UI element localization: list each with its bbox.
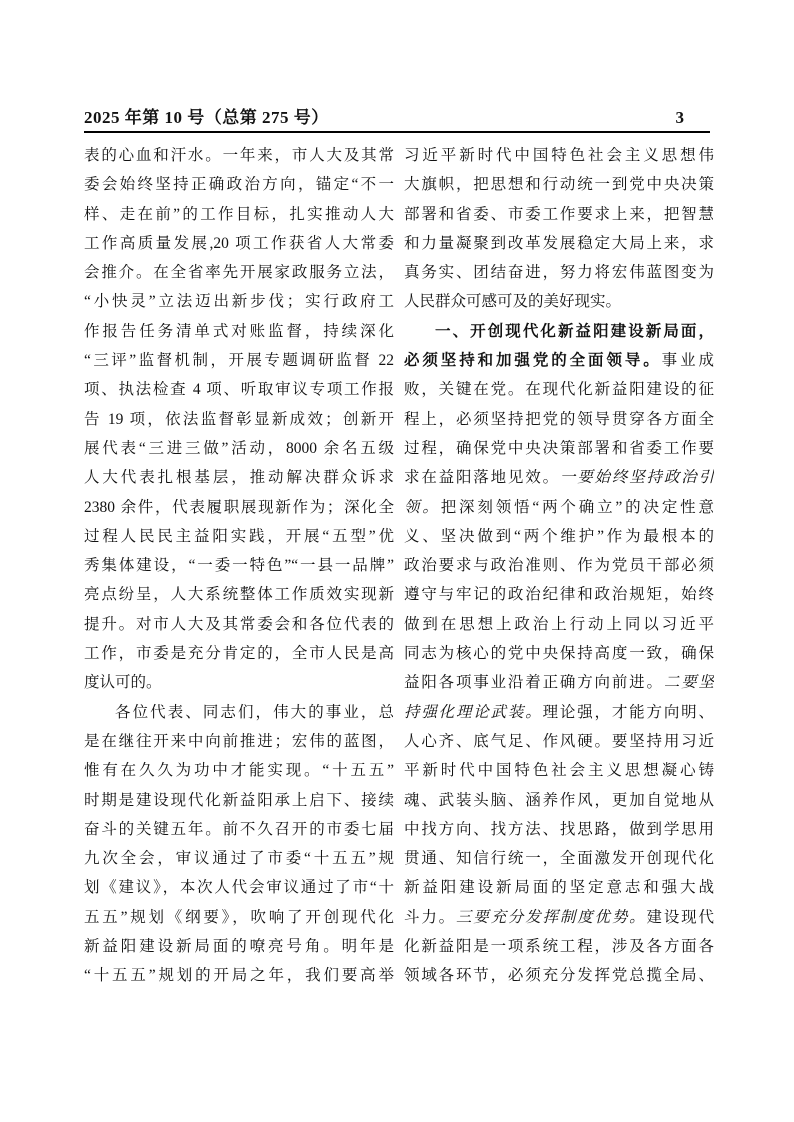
text-line: 斗力。三要充分发挥制度优势。建设现代 xyxy=(404,903,714,932)
text-run: 义、坚决做到“两个维护”作为最根本的 xyxy=(404,528,714,545)
text-line: 工作，市委是充分肯定的，全市人民是高 xyxy=(84,639,394,668)
text-run-bold: 一、开创现代化新益阳建设新局面， xyxy=(435,323,714,340)
text-run: “小快灵”立法迈出新步伐；实行政府工 xyxy=(84,293,394,310)
text-line: 表的心血和汗水。一年来，市人大及其常 xyxy=(84,141,394,170)
text-line: 项、执法检查 4 项、听取审议专项工作报 xyxy=(84,375,394,404)
text-run: 习近平新时代中国特色社会主义思想伟 xyxy=(404,147,714,164)
text-run: 秀集体建设，“一委一特色”“一县一品牌” xyxy=(84,557,394,574)
text-line: 度认可的。 xyxy=(84,668,394,697)
text-run: “十五五”规划的开局之年，我们要高举 xyxy=(84,967,394,984)
text-line: 作报告任务清单式对账监督，持续深化 xyxy=(84,317,394,346)
text-run: 2380 余件，代表履职展现新作为；深化全 xyxy=(84,499,394,516)
text-run: 理论强，才能方向明、 xyxy=(543,704,714,721)
text-run: 人大代表扎根基层，推动解决群众诉求 xyxy=(84,469,394,486)
text-line: 一、开创现代化新益阳建设新局面， xyxy=(404,317,714,346)
text-run: 工作高质量发展,20 项工作获省人大常委 xyxy=(84,235,394,252)
text-run: 建设现代 xyxy=(647,909,714,926)
text-run: 五五”规划《纲要》，吹响了开创现代化 xyxy=(84,909,394,926)
text-line: 会推介。在全省率先开展家政服务立法， xyxy=(84,258,394,287)
text-run: 部署和省委、市委工作要求上来，把智慧 xyxy=(404,206,714,223)
text-line: 做到在思想上政治上行动上同以习近平 xyxy=(404,610,714,639)
text-run-kai: 持强化理论武装。 xyxy=(404,704,543,721)
text-run: 亮点纷呈，人大系统整体工作质效实现新 xyxy=(84,586,394,603)
text-run: 时期是建设现代化新益阳承上启下、接续 xyxy=(84,792,394,809)
text-run: 中找方向、找方法、找思路，做到学思用 xyxy=(404,821,714,838)
text-run: 奋斗的关键五年。前不久召开的市委七届 xyxy=(84,821,394,838)
text-line: 秀集体建设，“一委一特色”“一县一品牌” xyxy=(84,551,394,580)
text-run: 大旗帜，把思想和行动统一到党中央决策 xyxy=(404,176,714,193)
text-line: 程上，必须坚持把党的领导贯穿各方面全 xyxy=(404,405,714,434)
text-run: 魂、武装头脑、涵养作风，更加自觉地从 xyxy=(404,792,714,809)
text-line: 真务实、团结奋进，努力将宏伟蓝图变为 xyxy=(404,258,714,287)
text-run: 过程，确保党中央决策部署和省委工作要 xyxy=(404,440,714,457)
text-run: 告 19 项，依法监督彰显新成效；创新开 xyxy=(84,411,394,428)
text-run: 是在继往开来中向前推进；宏伟的蓝图， xyxy=(84,733,394,750)
text-line: 中找方向、找方法、找思路，做到学思用 xyxy=(404,815,714,844)
text-run: 人心齐、底气足、作风硬。要坚持用习近 xyxy=(404,733,714,750)
text-line: 亮点纷呈，人大系统整体工作质效实现新 xyxy=(84,580,394,609)
page-number: 3 xyxy=(676,108,685,128)
text-line: 义、坚决做到“两个维护”作为最根本的 xyxy=(404,522,714,551)
text-line: 政治要求与政治准则、作为党员干部必须 xyxy=(404,551,714,580)
text-line: 领域各环节，必须充分发挥党总揽全局、 xyxy=(404,961,714,990)
text-line: 提升。对市人大及其常委会和各位代表的 xyxy=(84,610,394,639)
text-line: 大旗帜，把思想和行动统一到党中央决策 xyxy=(404,170,714,199)
text-run: 项、执法检查 4 项、听取审议专项工作报 xyxy=(84,381,394,398)
text-run: 贯通、知信行统一，全面激发开创现代化 xyxy=(404,850,714,867)
document-page: 2025 年第 10 号（总第 275 号） 3 表的心血和汗水。一年来，市人大… xyxy=(0,0,794,1122)
text-run: 提升。对市人大及其常委会和各位代表的 xyxy=(84,616,394,633)
text-run: 化新益阳是一项系统工程，涉及各方面各 xyxy=(404,938,714,955)
text-run: 会推介。在全省率先开展家政服务立法， xyxy=(84,264,394,281)
text-run: 人民群众可感可及的美好现实。 xyxy=(404,293,621,310)
text-line: 化新益阳是一项系统工程，涉及各方面各 xyxy=(404,932,714,961)
text-line: 新益阳建设新局面的坚定意志和强大战 xyxy=(404,873,714,902)
text-line: 是在继往开来中向前推进；宏伟的蓝图， xyxy=(84,727,394,756)
text-run: 表的心血和汗水。一年来，市人大及其常 xyxy=(84,147,394,164)
text-line: 样、走在前”的工作目标，扎实推动人大 xyxy=(84,200,394,229)
text-run-bold: 必须坚持和加强党的全面领导。 xyxy=(404,352,662,369)
text-run: 工作，市委是充分肯定的，全市人民是高 xyxy=(84,645,394,662)
text-run: 展代表“三进三做”活动，8000 余名五级 xyxy=(84,440,394,457)
text-run: 九次全会，审议通过了市委“十五五”规 xyxy=(84,850,394,867)
left-column: 表的心血和汗水。一年来，市人大及其常委会始终坚持正确政治方向，锚定“不一样、走在… xyxy=(84,141,394,991)
text-run: 做到在思想上政治上行动上同以习近平 xyxy=(404,616,714,633)
text-run: 领域各环节，必须充分发挥党总揽全局、 xyxy=(404,967,714,984)
text-line: 委会始终坚持正确政治方向，锚定“不一 xyxy=(84,170,394,199)
text-line: 告 19 项，依法监督彰显新成效；创新开 xyxy=(84,405,394,434)
text-line: 人心齐、底气足、作风硬。要坚持用习近 xyxy=(404,727,714,756)
text-line: 益阳各项事业沿着正确方向前进。二要坚 xyxy=(404,668,714,697)
text-run: 作报告任务清单式对账监督，持续深化 xyxy=(84,323,394,340)
text-run: 度认可的。 xyxy=(84,674,162,691)
issue-number-label: 2025 年第 10 号（总第 275 号） xyxy=(84,103,329,128)
text-line: 过程，确保党中央决策部署和省委工作要 xyxy=(404,434,714,463)
text-run: 样、走在前”的工作目标，扎实推动人大 xyxy=(84,206,394,223)
text-run: 败，关键在党。在现代化新益阳建设的征 xyxy=(404,381,714,398)
text-run: 新益阳建设新局面的坚定意志和强大战 xyxy=(404,879,714,896)
text-run: 事业成 xyxy=(662,352,714,369)
text-line: “三评”监督机制，开展专题调研监督 22 xyxy=(84,346,394,375)
text-line: 平新时代中国特色社会主义思想凝心铸 xyxy=(404,756,714,785)
header-rule xyxy=(84,131,710,133)
right-column: 习近平新时代中国特色社会主义思想伟大旗帜，把思想和行动统一到党中央决策部署和省委… xyxy=(404,141,714,991)
text-line: 2380 余件，代表履职展现新作为；深化全 xyxy=(84,493,394,522)
text-line: 九次全会，审议通过了市委“十五五”规 xyxy=(84,844,394,873)
text-line: 惟有在久久为功中才能实现。“十五五” xyxy=(84,756,394,785)
text-run: 同志为核心的党中央保持高度一致，确保 xyxy=(404,645,714,662)
text-run: “三评”监督机制，开展专题调研监督 22 xyxy=(84,352,394,369)
text-run-kai: 一要始终坚持政治引 xyxy=(560,469,714,486)
text-run-kai: 三要充分发挥制度优势。 xyxy=(456,909,647,926)
text-run: 政治要求与政治准则、作为党员干部必须 xyxy=(404,557,714,574)
text-line: “十五五”规划的开局之年，我们要高举 xyxy=(84,961,394,990)
text-run: 划《建议》，本次人代会审议通过了市“十 xyxy=(84,879,394,896)
text-line: 各位代表、同志们，伟大的事业，总 xyxy=(84,698,394,727)
text-line: 工作高质量发展,20 项工作获省人大常委 xyxy=(84,229,394,258)
text-line: 领。把深刻领悟“两个确立”的决定性意 xyxy=(404,493,714,522)
text-line: 贯通、知信行统一，全面激发开创现代化 xyxy=(404,844,714,873)
text-line: 新益阳建设新局面的嘹亮号角。明年是 xyxy=(84,932,394,961)
page-header: 2025 年第 10 号（总第 275 号） 3 xyxy=(84,103,710,130)
text-run: 过程人民民主益阳实践，开展“五型”优 xyxy=(84,528,394,545)
text-run: 和力量凝聚到改革发展稳定大局上来，求 xyxy=(404,235,714,252)
text-run: 遵守与牢记的政治纪律和政治规矩，始终 xyxy=(404,586,714,603)
text-run-kai: 领。 xyxy=(404,499,441,516)
text-run: 程上，必须坚持把党的领导贯穿各方面全 xyxy=(404,411,714,428)
text-line: 败，关键在党。在现代化新益阳建设的征 xyxy=(404,375,714,404)
text-run: 新益阳建设新局面的嘹亮号角。明年是 xyxy=(84,938,394,955)
text-line: 人大代表扎根基层，推动解决群众诉求 xyxy=(84,463,394,492)
text-line: 划《建议》，本次人代会审议通过了市“十 xyxy=(84,873,394,902)
text-line: 人民群众可感可及的美好现实。 xyxy=(404,287,714,316)
text-run-kai: 二要坚 xyxy=(664,674,714,691)
text-line: 魂、武装头脑、涵养作风，更加自觉地从 xyxy=(404,786,714,815)
text-line: 五五”规划《纲要》，吹响了开创现代化 xyxy=(84,903,394,932)
text-line: 习近平新时代中国特色社会主义思想伟 xyxy=(404,141,714,170)
text-run: 惟有在久久为功中才能实现。“十五五” xyxy=(84,762,394,779)
text-line: 时期是建设现代化新益阳承上启下、接续 xyxy=(84,786,394,815)
text-line: 必须坚持和加强党的全面领导。事业成 xyxy=(404,346,714,375)
text-run: 把深刻领悟“两个确立”的决定性意 xyxy=(441,499,714,516)
text-line: 求在益阳落地见效。一要始终坚持政治引 xyxy=(404,463,714,492)
text-line: 同志为核心的党中央保持高度一致，确保 xyxy=(404,639,714,668)
text-line: 奋斗的关键五年。前不久召开的市委七届 xyxy=(84,815,394,844)
text-line: 过程人民民主益阳实践，开展“五型”优 xyxy=(84,522,394,551)
text-run: 委会始终坚持正确政治方向，锚定“不一 xyxy=(84,176,394,193)
text-line: 展代表“三进三做”活动，8000 余名五级 xyxy=(84,434,394,463)
text-run: 真务实、团结奋进，努力将宏伟蓝图变为 xyxy=(404,264,714,281)
text-line: “小快灵”立法迈出新步伐；实行政府工 xyxy=(84,287,394,316)
text-line: 和力量凝聚到改革发展稳定大局上来，求 xyxy=(404,229,714,258)
text-line: 持强化理论武装。理论强，才能方向明、 xyxy=(404,698,714,727)
text-line: 部署和省委、市委工作要求上来，把智慧 xyxy=(404,200,714,229)
text-run: 求在益阳落地见效。 xyxy=(404,469,560,486)
text-run: 平新时代中国特色社会主义思想凝心铸 xyxy=(404,762,714,779)
text-run: 益阳各项事业沿着正确方向前进。 xyxy=(404,674,664,691)
text-run: 斗力。 xyxy=(404,909,456,926)
text-line: 遵守与牢记的政治纪律和政治规矩，始终 xyxy=(404,580,714,609)
text-run: 各位代表、同志们，伟大的事业，总 xyxy=(115,704,394,721)
